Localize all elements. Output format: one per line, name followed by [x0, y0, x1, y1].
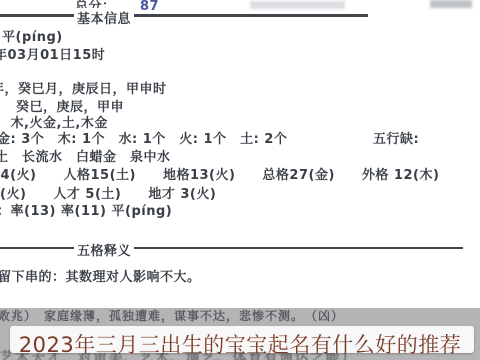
bazi-naming-article-screenshot: 总分： 87 基本信息 平(píng) 年03月01日15时 年，癸巳月，庚辰日…	[0, 0, 480, 360]
element-counts-line: 金: 3个 木: 1个 水: 1个 火: 1个 土: 2个	[0, 133, 287, 147]
dimmed-text-line: 败兆） 家庭缘薄，孤独遭难，谋事不达，悲惨不测。 （凶）	[0, 309, 344, 323]
total-score-value: 87	[140, 0, 159, 14]
bazi-pillars-short-line: 癸巳，庚辰，甲申	[16, 101, 124, 115]
birth-date-line: 年03月01日15时	[0, 49, 105, 63]
name-strokes-line: ：率(13) 率(11) 平(píng)	[0, 205, 172, 219]
three-talents-line: (火) 人才 5(土) 地才 3(火)	[0, 188, 216, 202]
surname-pinyin-line: 平(píng)	[2, 31, 63, 45]
ghost-text-artifact	[250, 1, 345, 9]
five-elements-line: ．木,火金,土,木金	[0, 117, 108, 131]
article-title-caption: 2023年三月三出生的宝宝起名有什么好的推荐	[0, 329, 480, 359]
section-divider-line	[0, 14, 368, 17]
nayin-line: 土 长流水 白蜡金 泉中水	[0, 151, 171, 165]
bazi-pillars-line: 年，癸巳月，庚辰日，甲申时	[0, 83, 167, 97]
section-title-wuge: 五格释义	[74, 240, 134, 259]
five-grids-line: 14(火) 人格15(土) 地格13(火) 总格27(金) 外格 12(木)	[0, 169, 439, 183]
ghost-text-artifact	[430, 0, 472, 8]
section-divider-line	[0, 247, 463, 249]
wuge-summary-line: 留下串的：其数理对人影响不大。	[0, 271, 201, 285]
section-title-basic-info: 基本信息	[74, 8, 134, 27]
missing-element-label: 五行缺:	[373, 133, 419, 147]
